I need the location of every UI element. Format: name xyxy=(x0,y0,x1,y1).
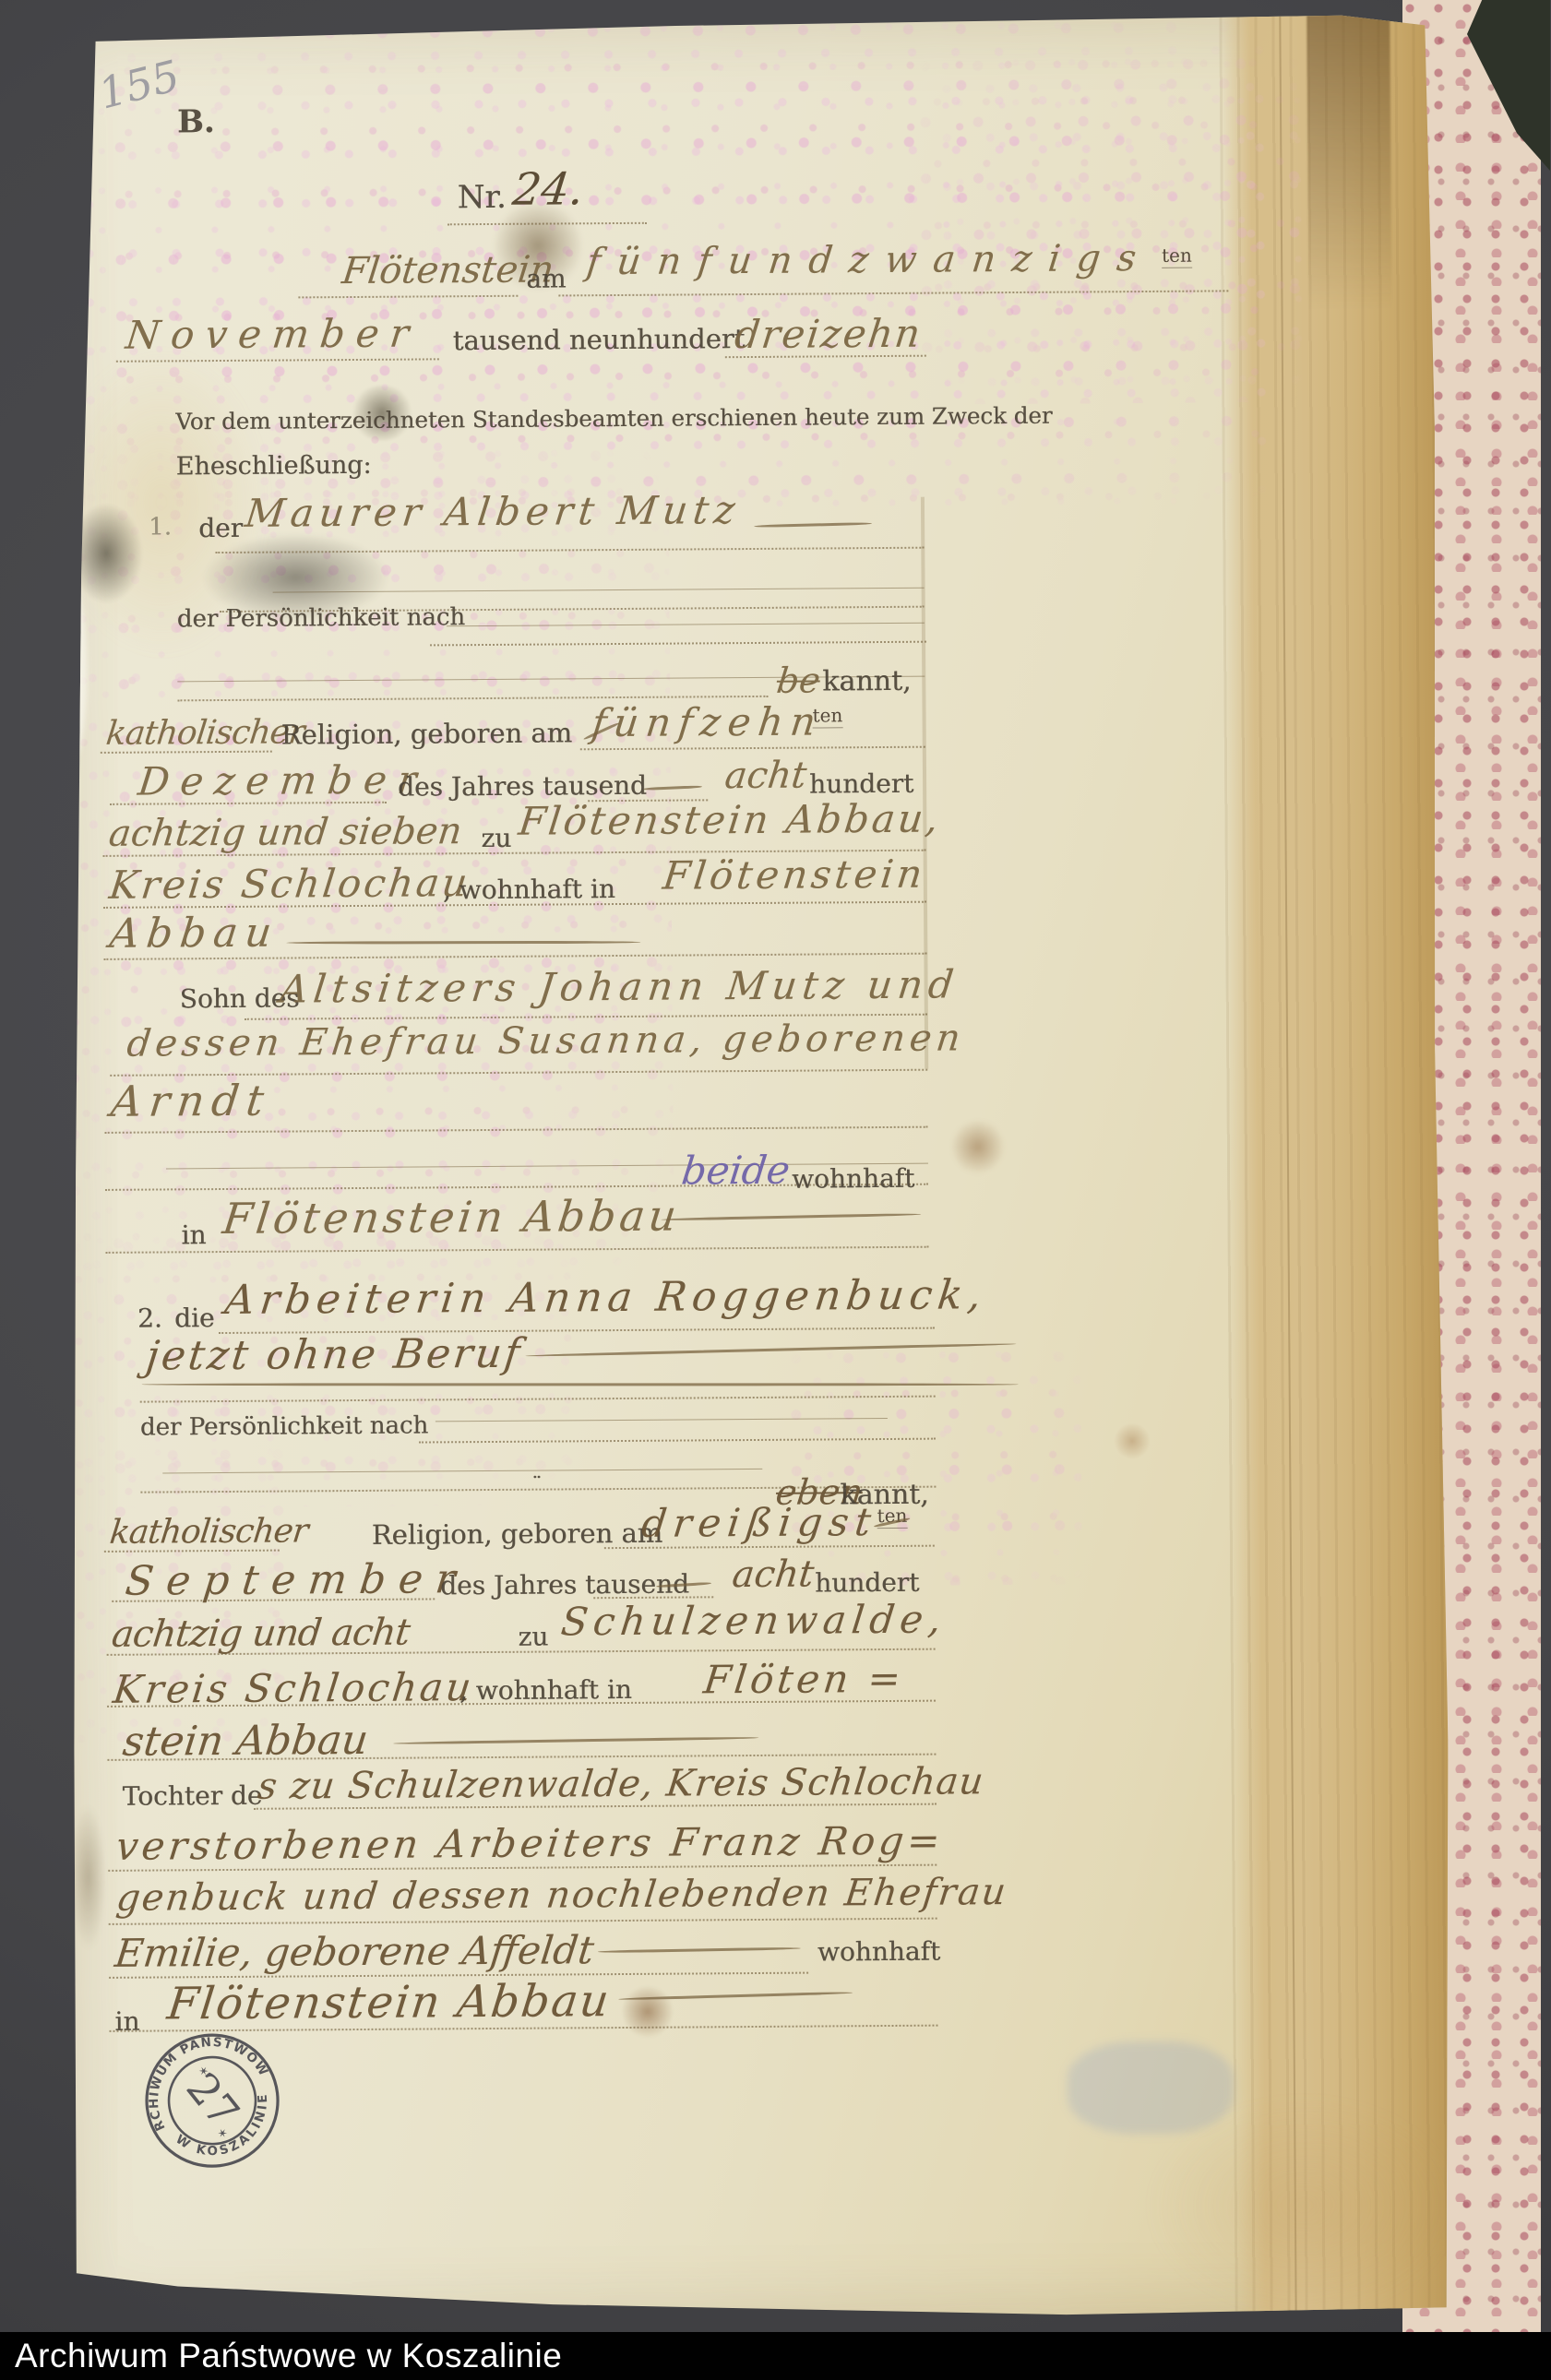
bride-persoenlichkeit-label: der Persönlichkeit nach xyxy=(140,1411,428,1441)
groom-century-handwritten: acht xyxy=(722,755,808,798)
archive-caption-bar: Archiwum Państwowe w Koszalinie xyxy=(0,2332,1551,2380)
bride-zu-label: zu xyxy=(518,1622,548,1652)
bride-residence-a: Flöten = xyxy=(701,1656,907,1703)
bride-name: Arbeiterin Anna Roggenbuck, xyxy=(222,1271,989,1324)
bride-birthplace: Schulzenwalde, xyxy=(559,1597,949,1645)
bleed-pattern xyxy=(785,1345,1082,1587)
stamp-number: 27 xyxy=(176,2064,249,2136)
groom-persoenlichkeit-label: der Persönlichkeit nach xyxy=(177,603,465,633)
faded-blue-stamp xyxy=(1068,2041,1235,2134)
bride-year-tail: achtzig und acht xyxy=(110,1612,412,1656)
dateline-day: fünfundzwanzigs xyxy=(584,237,1154,283)
binding-stain xyxy=(1306,0,1391,310)
record-number-label: Nr. xyxy=(458,179,507,216)
foxing-spot xyxy=(1114,1422,1151,1459)
pen-dash xyxy=(393,1736,758,1744)
groom-beide-handwritten: beide xyxy=(679,1148,793,1194)
groom-mother-name: Arndt xyxy=(109,1076,274,1126)
groom-birth-month: Dezember xyxy=(136,756,430,803)
pen-dash xyxy=(754,522,872,528)
groom-birth-day-suffix: ten xyxy=(812,704,842,728)
dateline-year-printed: tausend neunhundert xyxy=(453,323,746,356)
edge-stain xyxy=(69,1803,107,1951)
bride-umlaut-mark: ¨ xyxy=(531,1474,542,1497)
archive-caption: Archiwum Państwowe w Koszalinie xyxy=(15,2332,562,2380)
record-number-value: 24. xyxy=(510,163,587,216)
archive-stamp: ARCHIWUM PAŃSTWOWE W KOSZALINIE 27 ✶ ✶ xyxy=(118,2006,305,2194)
bride-religion-label: Religion, geboren am xyxy=(372,1517,663,1551)
archive-scan-viewer: 155 B. Nr. 24. Flötenstein am fünfundzwa… xyxy=(0,0,1551,2380)
dateline-place: Flötenstein xyxy=(340,248,555,292)
dateline-am-label: am xyxy=(526,263,566,293)
groom-der-label: der xyxy=(198,513,243,543)
groom-wohnhaft-label: wohnhaft xyxy=(792,1163,914,1195)
pen-dash xyxy=(598,1947,801,1954)
bride-parents-4: Emilie, geborene Affeldt xyxy=(113,1927,596,1976)
bride-parents-3: genbuck und dessen nochlebenden Ehefrau xyxy=(114,1871,1010,1920)
groom-wohnhaft-in-label: , wohnhaft in xyxy=(443,874,615,905)
groom-kreis: Kreis Schlochau xyxy=(107,860,472,908)
groom-residence-c: Flötenstein Abbau xyxy=(221,1191,683,1244)
groom-year-tail: achtzig und sieben xyxy=(107,810,464,855)
groom-bekannt-handwritten: be xyxy=(774,660,822,700)
document-sheet: 155 B. Nr. 24. Flötenstein am fünfundzwa… xyxy=(51,14,1454,2324)
groom-zu-label: zu xyxy=(481,823,511,853)
bride-in-label: in xyxy=(114,2006,139,2037)
bride-wohnhaft-in-label: , wohnhaft in xyxy=(459,1674,632,1706)
form-letter: B. xyxy=(177,103,215,140)
foxing-spot xyxy=(622,1984,673,2040)
groom-mother: dessen Ehefrau Susanna, geborenen xyxy=(125,1017,967,1065)
groom-residence-b: Abbau xyxy=(107,910,281,958)
bride-birth-day: dreißigst xyxy=(639,1499,880,1546)
dateline-day-suffix: ten xyxy=(1162,244,1192,268)
groom-religion-label: Religion, geboren am xyxy=(281,717,573,750)
bleed-pattern xyxy=(915,52,1306,405)
groom-father: Altsitzers Johann Mutz und xyxy=(278,961,961,1011)
groom-residence-a: Flötenstein xyxy=(661,851,928,898)
bride-tochter-label: Tochter de xyxy=(123,1780,263,1812)
bride-hundert-label: hundert xyxy=(815,1567,919,1599)
foxing-spot xyxy=(950,1119,1006,1174)
bride-index: 2. xyxy=(137,1303,162,1333)
bride-die-label: die xyxy=(174,1303,215,1333)
groom-index: 1. xyxy=(149,513,172,541)
groom-in-label: in xyxy=(181,1220,206,1250)
intro-line-2: Eheschließung: xyxy=(176,451,372,481)
pen-dash xyxy=(661,1213,921,1221)
sheet-content: 155 B. Nr. 24. Flötenstein am fünfundzwa… xyxy=(0,0,1551,2380)
dateline-month: November xyxy=(124,310,423,357)
bride-century-handwritten: acht xyxy=(730,1553,816,1597)
bride-religion-handwritten: katholischer xyxy=(108,1512,310,1552)
bride-name2: jetzt ohne Beruf xyxy=(144,1330,525,1380)
pen-strike xyxy=(142,1383,1019,1386)
bride-parents-2: verstorbenen Arbeiters Franz Rog= xyxy=(113,1818,946,1869)
groom-bekannt-label: kannt, xyxy=(822,665,912,698)
bride-wohnhaft-label: wohnhaft xyxy=(817,1936,940,1968)
groom-religion-handwritten: katholischer xyxy=(104,713,306,753)
groom-birthplace: Flötenstein Abbau, xyxy=(517,796,944,844)
groom-name: Maurer Albert Mutz xyxy=(243,487,743,536)
water-stain xyxy=(1151,2099,1457,2313)
groom-hundert-label: hundert xyxy=(809,768,913,800)
groom-birth-day: fünfzehn xyxy=(590,698,826,745)
dateline-year: dreizehn xyxy=(733,311,925,357)
bride-parents-1: s zu Schulzenwalde, Kreis Schlochau xyxy=(256,1760,986,1808)
